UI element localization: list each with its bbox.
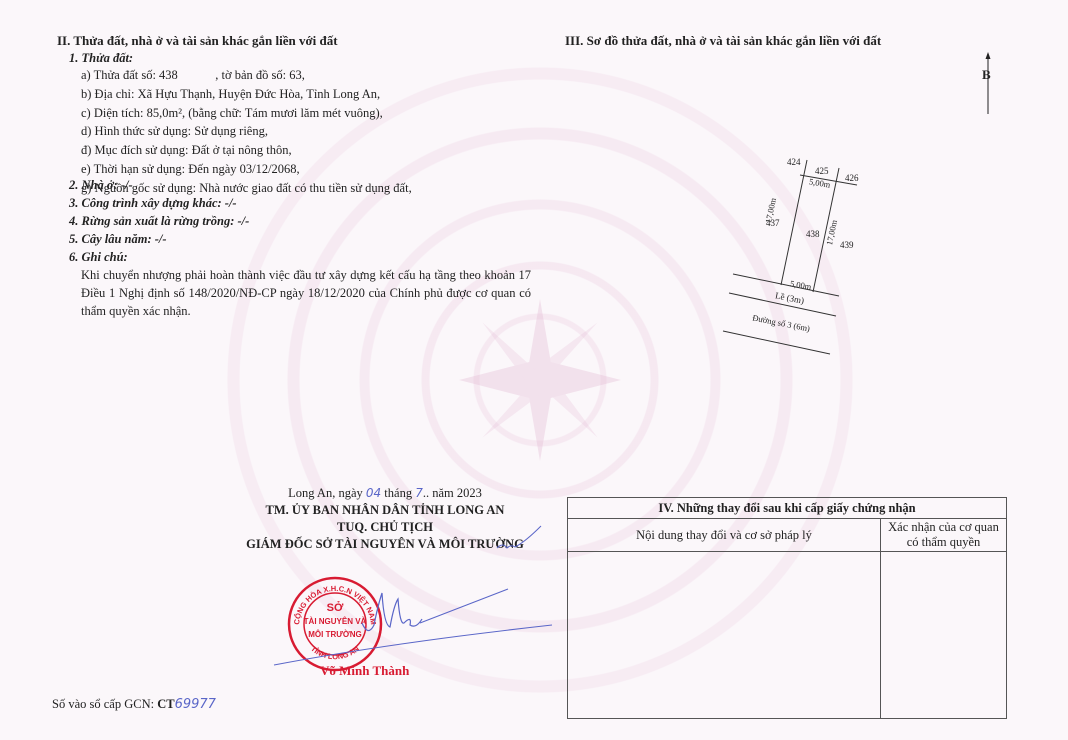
changes-table-title: IV. Những thay đổi sau khi cấp giấy chứn…: [568, 498, 1007, 519]
date-year: .. năm 2023: [423, 486, 482, 500]
perennial-line: 5. Cây lâu năm: -/-: [69, 232, 167, 247]
land-item-address: b) Địa chỉ: Xã Hựu Thạnh, Huyện Đức Hòa,…: [81, 87, 412, 106]
changes-confirmation-cell: [881, 552, 1007, 719]
signer-name: Võ Minh Thành: [320, 663, 409, 679]
parcel-426: 426: [845, 173, 859, 183]
parcel-425: 425: [815, 166, 829, 176]
registry-line: Số vào sổ cấp GCN: CT69977: [52, 697, 216, 712]
org-line1: TM. ỦY BAN NHÂN DÂN TỈNH LONG AN: [230, 503, 540, 520]
changes-col-confirmation: Xác nhận của cơ quan có thẩm quyền: [881, 519, 1007, 552]
note-text: Khi chuyển nhượng phải hoàn thành việc đ…: [81, 266, 531, 320]
registry-label: Số vào sổ cấp GCN:: [52, 697, 154, 711]
issue-date: Long An, ngày 04 tháng 7.. năm 2023: [230, 486, 540, 503]
section3-title: III. Sơ đồ thửa đất, nhà ở và tài sản kh…: [565, 33, 881, 49]
land-item-area: c) Diện tích: 85,0m², (bằng chữ: Tám mươ…: [81, 106, 412, 125]
north-label: B: [982, 67, 991, 83]
registry-prefix: CT: [157, 697, 174, 711]
changes-col-confirmation-line1: Xác nhận của cơ quan: [882, 520, 1005, 535]
other-construction-line: 3. Công trình xây dựng khác: -/-: [69, 196, 237, 211]
date-month-label: tháng: [384, 486, 412, 500]
changes-col-content: Nội dung thay đổi và cơ sở pháp lý: [568, 519, 881, 552]
forest-line: 4. Rừng sản xuất là rừng trồng: -/-: [69, 214, 249, 229]
north-arrow-icon: [970, 50, 1010, 120]
changes-col-confirmation-line2: có thẩm quyền: [882, 535, 1005, 550]
org-line3: GIÁM ĐỐC SỞ TÀI NGUYÊN VÀ MÔI TRƯỜNG: [230, 537, 540, 554]
land-item-usage-form: d) Hình thức sử dụng: Sử dụng riêng,: [81, 124, 412, 143]
land-title: 1. Thửa đất:: [69, 51, 133, 66]
parcel-439: 439: [840, 240, 854, 250]
land-item-number: a) Thửa đất số: 438 , tờ bản đồ số: 63,: [81, 68, 412, 87]
note-title: 6. Ghi chú:: [69, 250, 128, 265]
handwritten-signature-icon: [270, 585, 560, 675]
parcel-438: 438: [806, 229, 820, 239]
date-day: 04: [366, 486, 381, 500]
registry-number: 69977: [175, 697, 216, 712]
changes-table: IV. Những thay đổi sau khi cấp giấy chứn…: [567, 497, 1007, 719]
house-line: 2. Nhà ở: -/-: [69, 178, 133, 193]
date-prefix: Long An, ngày: [288, 486, 363, 500]
parcel-424: 424: [787, 157, 801, 167]
land-item-purpose: đ) Mục đích sử dụng: Đất ở tại nông thôn…: [81, 143, 412, 162]
signature-block: Long An, ngày 04 tháng 7.. năm 2023 TM. …: [230, 486, 540, 554]
org-line2: TUQ. CHỦ TỊCH: [230, 520, 540, 537]
section2-title: II. Thửa đất, nhà ở và tài sản khác gắn …: [57, 33, 338, 49]
initial-mark-icon: [495, 522, 545, 552]
parcel-diagram: [720, 150, 880, 370]
date-month: 7: [415, 486, 423, 500]
changes-content-cell: [568, 552, 881, 719]
